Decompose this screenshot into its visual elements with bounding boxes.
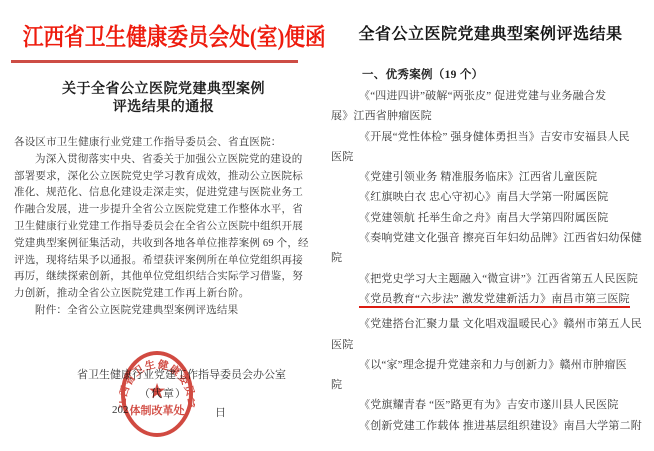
case-line-underlined: 《党员教育“六步法” 激发党建新活力》南昌市第三医院 (331, 289, 631, 309)
official-seal: 江西省卫生健康委员会 ★ 体制改革处 (119, 350, 195, 438)
notice-title-line2: 评选结果的通报 (0, 99, 327, 117)
notice-body-line: 党建典型案例征集活动，共收到各地各单位推荐案例 69 个，经 (14, 236, 298, 253)
notice-body-line: 为深入贯彻落实中央、省委关于加强公立医院党的建设的 (14, 152, 298, 169)
case-line: 医院 (331, 335, 631, 355)
attachment-title: 全省公立医院党建典型案例评选结果 (327, 21, 654, 44)
case-list: 《“四进四讲”破解“两张皮” 促进党建与业务融合发展》江西省肿瘤医院《开展“党性… (331, 86, 631, 436)
case-line: 院 (331, 248, 631, 268)
seal-banner-text: 体制改革处 (130, 403, 185, 417)
notice-body-line: 部署要求，深化公立医院党史学习教育成效，推动公立医院标 (14, 169, 298, 186)
case-line: 展》江西省肿瘤医院 (331, 106, 631, 126)
case-line: 《红旗映白衣 忠心守初心》南昌大学第一附属医院 (331, 187, 631, 207)
red-letterhead-title: 江西省卫生健康委员会处(室)便函 (23, 23, 304, 53)
notice-body-line: 附件：全省公立医院党建典型案例评选结果 (14, 303, 298, 320)
section-heading-excellent-cases: 一、优秀案例（19 个） (362, 66, 483, 82)
notice-body-line: 评选，现将结果予以通报。希望获评案例所在单位党组织再接 (14, 253, 298, 270)
case-line: 《党建搭台汇聚力量 文化唱戏温暖民心》赣州市第五人民 (331, 314, 631, 334)
case-line: 《以“家”理念提升党建亲和力与创新力》赣州市肿瘤医 (331, 355, 631, 375)
date-fragment-right: 日 (215, 404, 226, 420)
notice-body-line: 再厉，继续探索创新，其他单位党组织结合实际学习借鉴，努 (14, 269, 298, 286)
case-line: 医院 (331, 147, 631, 167)
case-line: 《“四进四讲”破解“两张皮” 促进党建与业务融合发 (331, 86, 631, 106)
notice-title: 关于全省公立医院党建典型案例 评选结果的通报 (0, 81, 327, 117)
notice-body-line: 各设区市卫生健康行业党建工作指导委员会、省直医院： (14, 135, 298, 152)
case-line: 《党建领航 托举生命之舟》南昌大学第四附属医院 (331, 208, 631, 228)
notice-title-line1: 关于全省公立医院党建典型案例 (0, 81, 327, 99)
case-line: 《创新党建工作载体 推进基层组织建设》南昌大学第二附 (331, 416, 631, 436)
page-attachment: 全省公立医院党建典型案例评选结果 一、优秀案例（19 个） 《“四进四讲”破解“… (327, 0, 654, 451)
red-divider-rule (11, 60, 298, 63)
seal-star-icon: ★ (148, 379, 167, 403)
case-line: 院 (331, 375, 631, 395)
case-line: 《奏响党建文化强音 擦亮百年妇幼品牌》江西省妇幼保健 (331, 228, 631, 248)
notice-body-line: 力创新，推动全省公立医院党建工作再上新台阶。 (14, 286, 298, 303)
notice-body: 各设区市卫生健康行业党建工作指导委员会、省直医院：为深入贯彻落实中央、省委关于加… (14, 135, 298, 320)
notice-body-line: 准化、规范化、信息化建设走深走实，促进党建与医院业务工 (14, 185, 298, 202)
document-scan: 江西省卫生健康委员会处(室)便函 关于全省公立医院党建典型案例 评选结果的通报 … (0, 0, 654, 451)
page-notice: 江西省卫生健康委员会处(室)便函 关于全省公立医院党建典型案例 评选结果的通报 … (0, 0, 327, 451)
notice-body-line: 卫生健康行业党建工作指导委员会在全省公立医院中组织开展 (14, 219, 298, 236)
case-line: 《党旗耀青春 “医”路更有为》吉安市遂川县人民医院 (331, 395, 631, 415)
case-line: 《开展“党性体检” 强身健体勇担当》吉安市安福县人民 (331, 127, 631, 147)
case-line: 《党建引领业务 精准服务临床》江西省儿童医院 (331, 167, 631, 187)
case-line: 《把党史学习大主题融入“微宣讲”》江西省第五人民医院 (331, 269, 631, 289)
notice-body-line: 作融合发展，进一步提升全省公立医院党建工作整体水平，省 (14, 202, 298, 219)
